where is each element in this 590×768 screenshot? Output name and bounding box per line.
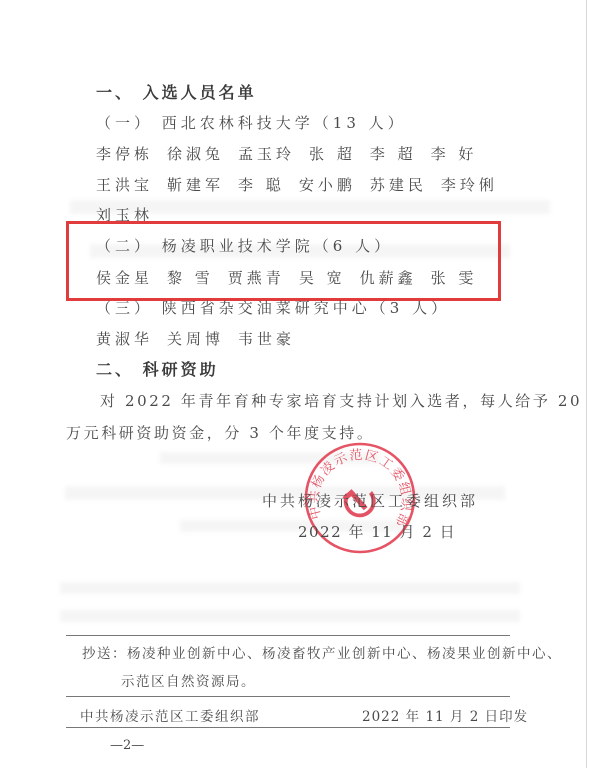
section-heading-1: 一、 入选人员名单 [96,83,257,103]
name: 李 好 [431,144,478,164]
page-number: —2— [110,738,144,753]
name: 张 雯 [431,268,478,288]
name: 李 聪 [238,175,285,195]
name: 关周博 [167,329,224,349]
footer-issuer: 中共杨凌示范区工委组织部 [80,705,260,725]
footer-issue-date: 2022 年 11 月 2 日印发 [362,705,528,725]
name: 孟玉玲 [238,144,295,164]
name: 侯金星 [96,268,153,288]
divider [66,727,510,728]
bleed-through-text [60,582,520,594]
section-heading-2: 二、 科研资助 [96,360,219,380]
name-row: 侯金星 黎 雪 贾燕青 吴 宽 仇薪鑫 张 雯 [96,268,477,288]
signature-date: 2022 年 11 月 2 日 [298,521,456,542]
name: 吴 宽 [299,268,346,288]
name: 李停栋 [96,144,153,164]
name-row: 李停栋 徐淑兔 孟玉玲 张 超 李 超 李 好 [96,144,477,164]
name: 黄淑华 [96,329,153,349]
divider [66,635,510,636]
signature-org: 中共杨凌示范区工委组织部 [262,490,478,511]
name: 靳建军 [167,175,224,195]
page-edge [586,0,587,768]
name: 仇薪鑫 [360,268,417,288]
name: 贾燕青 [228,268,285,288]
name: 李玲俐 [441,175,498,195]
name: 王洪宝 [96,175,153,195]
group-title-3: （三） 陕西省杂交油菜研究中心（3 人） [96,298,450,318]
name-row: 黄淑华 关周博 韦世豪 [96,329,295,349]
highlight-box [66,221,501,301]
group-title-2: （二） 杨凌职业技术学院（6 人） [96,236,393,256]
name: 张 超 [309,144,356,164]
divider [66,696,510,697]
name: 韦世豪 [238,329,295,349]
name: 苏建民 [370,175,427,195]
name: 李 超 [370,144,417,164]
paragraph-line: 对 2022 年青年育种专家培育支持计划入选者，每人给予 20 [100,391,582,411]
cc-line: 抄送：杨凌种业创新中心、杨凌畜牧产业创新中心、杨凌果业创新中心、 [82,642,562,662]
name: 安小鹏 [299,175,356,195]
name: 黎 雪 [167,268,214,288]
bleed-through-text [60,610,520,622]
name: 徐淑兔 [167,144,224,164]
cc-line: 示范区自然资源局。 [121,670,256,690]
name-row: 王洪宝 靳建军 李 聪 安小鹏 苏建民 李玲俐 [96,175,498,195]
group-title-1: （一） 西北农林科技大学（13 人） [96,113,407,133]
paragraph-line: 万元科研资助资金，分 3 个年度支持。 [66,423,374,443]
